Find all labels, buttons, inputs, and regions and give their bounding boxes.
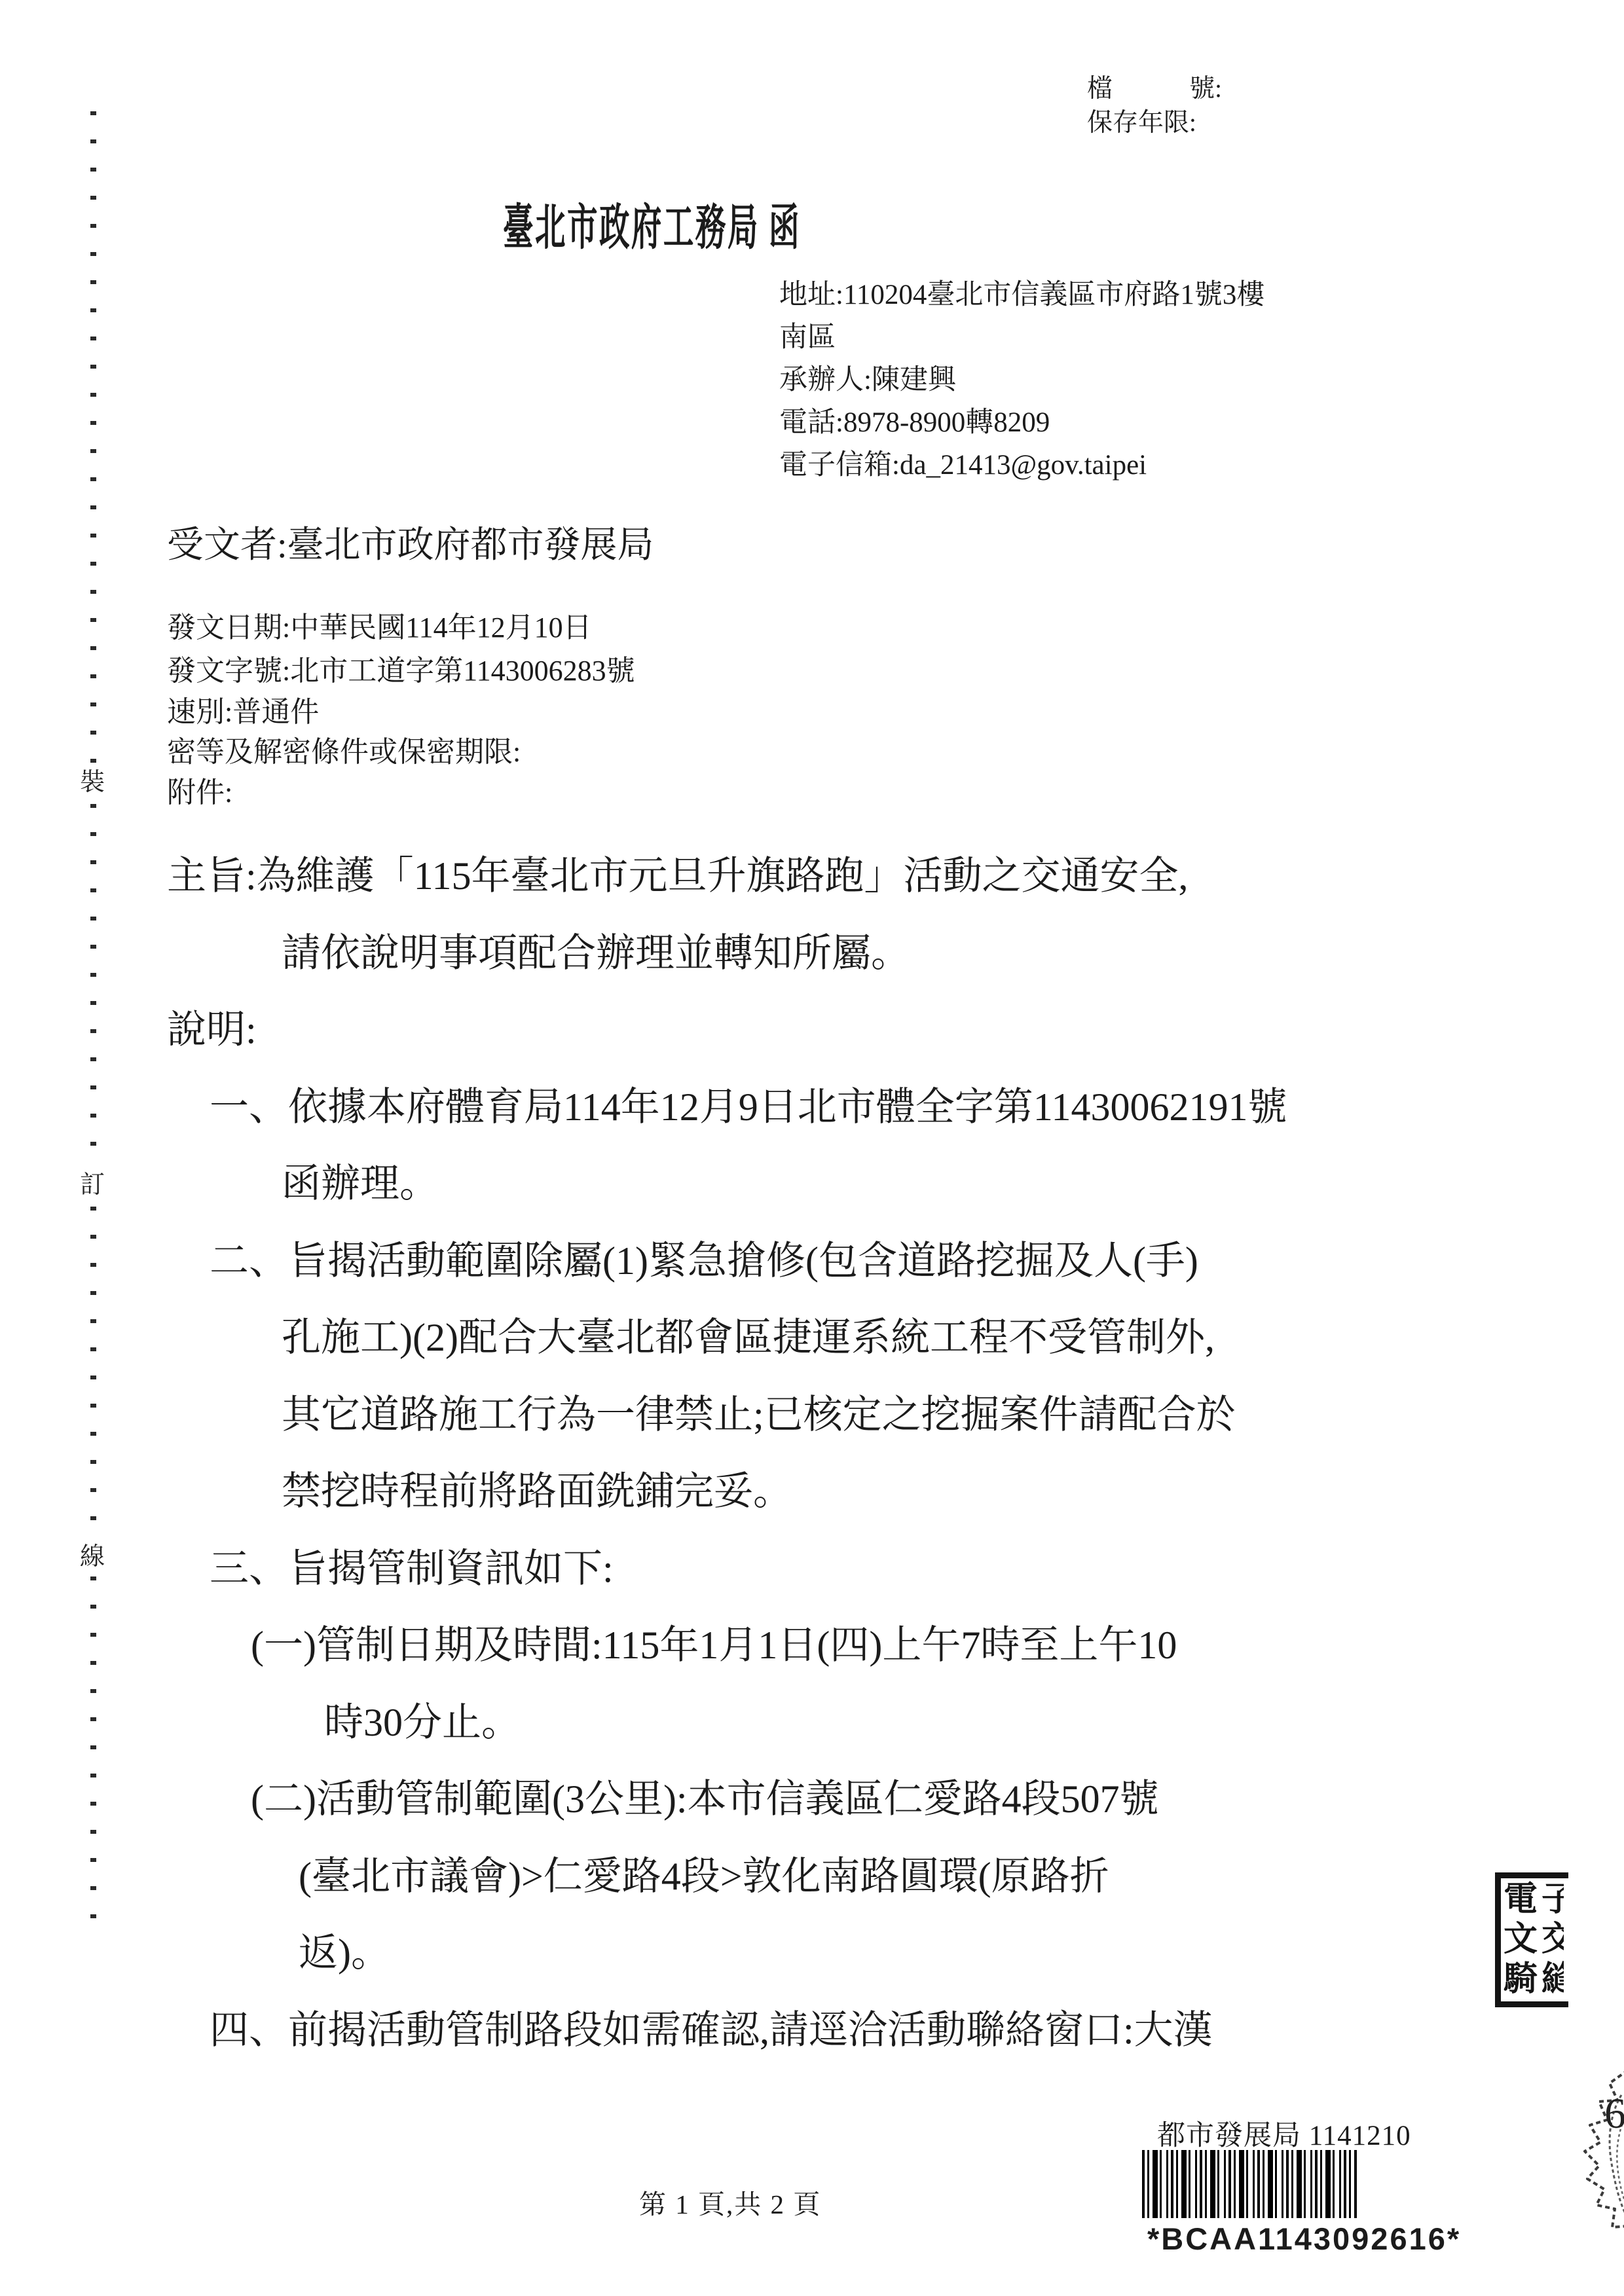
body-line: 返)。	[299, 1922, 390, 1978]
document-page: 檔 號: 保存年限: 臺北市政府工務局 函 地址:110204臺北市信義區市府路…	[0, 0, 1624, 2296]
seal-char: 子	[1541, 1880, 1564, 1920]
body-line: 四、前揭活動管制路段如需確認,請逕洽活動聯絡窗口:大漢	[210, 1999, 1213, 2055]
body-line: 三、旨揭管制資訊如下:	[210, 1537, 614, 1594]
archive-number-row: 檔 號:	[1087, 68, 1222, 105]
document-title-text: 臺北市政府工務局 函	[503, 189, 801, 259]
recipient-line: 受文者:臺北市政府都市發展局	[167, 516, 654, 568]
seal-char: 騎	[1504, 1959, 1539, 1999]
page-footer: 第 1 頁,共 2 頁	[639, 2183, 821, 2221]
body-line: 禁挖時程前將路面銑鋪完妥。	[282, 1460, 792, 1516]
body-line: 函辦理。	[282, 1152, 439, 1209]
perforation-seal-left-column: 電 文 騎	[1504, 1880, 1539, 1999]
binding-dotted-line	[90, 1207, 96, 1537]
body-line: 孔施工)(2)配合大臺北都會區捷運系統工程不受管制外,	[282, 1306, 1215, 1362]
seal-char: 交	[1541, 1920, 1564, 1959]
archive-label-char: 檔	[1087, 68, 1113, 105]
seal-char: 縫	[1541, 1959, 1564, 1999]
body-line: 請依說明事項配合辦理並轉知所屬。	[282, 922, 910, 978]
stamp-number: 6	[1604, 2090, 1624, 2138]
body-line: (臺北市議會)>仁愛路4段>敦化南路圓環(原路折	[299, 1845, 1109, 1901]
seal-char: 文	[1504, 1920, 1539, 1959]
issue-date-line: 發文日期:中華民國114年12月10日	[167, 604, 592, 646]
barcode	[1142, 2150, 1357, 2218]
attachment-line: 附件:	[167, 769, 232, 811]
binding-dotted-line	[90, 804, 96, 1165]
security-line: 密等及解密條件或保密期限:	[167, 728, 521, 770]
received-stamp-text: 都市發展局 1141210	[1157, 2113, 1411, 2153]
binding-dotted-line	[90, 111, 96, 763]
body-line: (一)管制日期及時間:115年1月1日(四)上午7時至上午10	[251, 1614, 1177, 1670]
body-line: 一、依據本府體育局114年12月9日北市體全字第11430062191號	[210, 1076, 1287, 1132]
binding-mark-ding: 訂	[80, 1164, 105, 1200]
sender-email: 電子信箱:da_21413@gov.taipei	[779, 444, 1147, 486]
corner-star-stamp: 6	[1544, 2069, 1624, 2255]
body-line: 二、旨揭活動範圍除屬(1)緊急搶修(包含道路挖掘及人(手)	[210, 1230, 1198, 1286]
retention-label: 保存年限:	[1087, 102, 1196, 139]
speed-line: 速別:普通件	[167, 688, 319, 730]
sender-address-line1: 地址:110204臺北市信義區市府路1號3樓	[779, 274, 1264, 316]
body-line: 說明:	[167, 998, 257, 1055]
body-line: 其它道路施工行為一律禁止;已核定之挖掘案件請配合於	[282, 1383, 1236, 1440]
perforation-seal-right-column: 子 交 縫	[1541, 1880, 1564, 1999]
sender-contact-person: 承辦人:陳建興	[779, 359, 956, 401]
binding-dotted-line	[90, 1576, 96, 1938]
sender-phone: 電話:8978-8900轉8209	[779, 401, 1050, 444]
binding-mark-zhuang: 裝	[80, 761, 105, 797]
archive-label-rest: 號:	[1189, 68, 1222, 105]
body-line: 時30分止。	[324, 1691, 521, 1747]
seal-char: 電	[1504, 1880, 1539, 1920]
barcode-text: *BCAA1143092616*	[1147, 2221, 1461, 2257]
document-title: 臺北市政府工務局 函	[503, 189, 984, 259]
binding-mark-xian: 線	[80, 1536, 105, 1572]
doc-number-line: 發文字號:北市工道字第1143006283號	[167, 647, 635, 689]
body-line: (二)活動管制範圍(3公里):本市信義區仁愛路4段507號	[251, 1768, 1159, 1824]
body-line: 主旨:為維護「115年臺北市元旦升旗路跑」活動之交通安全,	[167, 845, 1188, 901]
perforation-seal: 電 文 騎 子 交 縫	[1495, 1872, 1568, 2007]
sender-address-line2: 南區	[779, 316, 836, 359]
star-stamp-graphic: 6	[1544, 2069, 1624, 2252]
